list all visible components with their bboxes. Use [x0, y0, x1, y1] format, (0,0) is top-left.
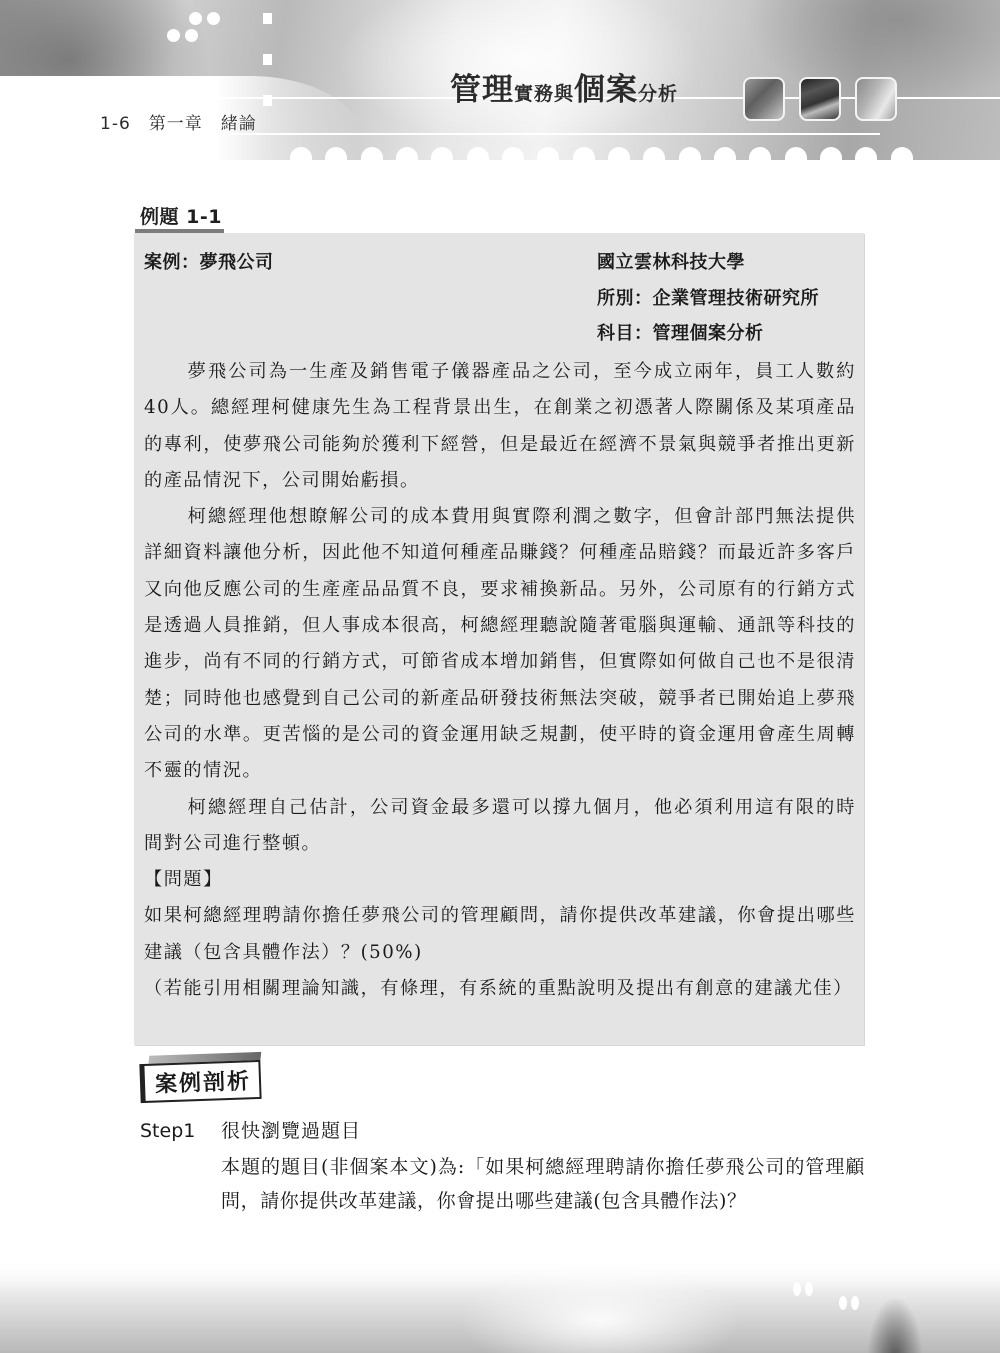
- decorative-square: [263, 13, 272, 24]
- header-thumbnails: [743, 77, 897, 121]
- case-analysis-label: 案例剖析: [139, 1060, 261, 1103]
- case-paragraph: 夢飛公司為一生產及銷售電子儀器產品之公司，至今成立兩年，員工人數約40人。總經理…: [144, 354, 856, 499]
- pen-photo-icon: [855, 77, 897, 121]
- running-header: 1-6第一章緒論: [100, 109, 275, 134]
- chapter-title: 緒論: [221, 114, 257, 134]
- step-body: 本題的題目(非個案本文)為:「如果柯總經理聘請你擔任夢飛公司的管理顧問，請你提供…: [221, 1150, 865, 1218]
- book-title-part: 分析: [638, 83, 678, 105]
- page-footer-banner: [0, 1260, 1000, 1353]
- book-title-part: 個案: [574, 72, 638, 108]
- subject: 科目：管理個案分析: [597, 319, 764, 345]
- book-title-part: 管理: [450, 72, 514, 108]
- book-title-part: 實務與: [514, 83, 574, 105]
- question-text: 如果柯總經理聘請你擔任夢飛公司的管理顧問，請你提供改革建議，你會提出哪些建議（包…: [144, 898, 856, 971]
- page-number: 1-6: [100, 114, 131, 134]
- decorative-dot: [793, 1282, 801, 1296]
- school-name: 國立雲林科技大學: [597, 248, 745, 274]
- book-title: 管理實務與個案分析: [450, 64, 678, 104]
- decorative-dot: [189, 12, 202, 25]
- step-number: Step1: [140, 1120, 221, 1142]
- question-heading: 【問題】: [144, 862, 856, 898]
- decorative-dot: [167, 29, 180, 42]
- notebook-photo-icon: [743, 77, 785, 121]
- footer-fade: [0, 1260, 1000, 1290]
- case-body: 夢飛公司為一生產及銷售電子儀器產品之公司，至今成立兩年，員工人數約40人。總經理…: [144, 354, 856, 1007]
- case-paragraph: 柯總經理自己估計，公司資金最多還可以撐九個月，他必須利用這有限的時間對公司進行整…: [144, 790, 856, 863]
- header-rule-bottom: [230, 133, 880, 135]
- case-analysis-tag: 案例剖析: [139, 1060, 261, 1103]
- film-perforation-row: [255, 144, 1000, 160]
- folder-photo-icon: [799, 77, 841, 121]
- decorative-dot: [839, 1296, 847, 1310]
- step-title: 很快瀏覽過題目: [221, 1120, 361, 1142]
- example-box: 案例：夢飛公司 國立雲林科技大學 所別：企業管理技術研究所 科目：管理個案分析 …: [134, 233, 864, 1045]
- decorative-dot: [185, 29, 198, 42]
- case-paragraph: 柯總經理他想瞭解公司的成本費用與實際利潤之數字，但會計部門無法提供詳細資料讓他分…: [144, 499, 856, 789]
- chapter-number: 第一章: [149, 114, 203, 134]
- case-title: 案例：夢飛公司: [144, 248, 274, 274]
- department: 所別：企業管理技術研究所: [597, 284, 819, 310]
- decorative-square: [263, 54, 272, 65]
- decorative-dot: [851, 1296, 859, 1310]
- step-heading: Step1很快瀏覽過題目: [140, 1116, 361, 1143]
- example-label: 例題 1-1: [140, 202, 222, 229]
- page-header-banner: 管理實務與個案分析 1-6第一章緒論: [0, 0, 1000, 160]
- decorative-dot: [805, 1282, 813, 1296]
- question-note: （若能引用相關理論知識，有條理，有系統的重點說明及提出有創意的建議尤佳）: [144, 971, 856, 1007]
- decorative-dot: [207, 12, 220, 25]
